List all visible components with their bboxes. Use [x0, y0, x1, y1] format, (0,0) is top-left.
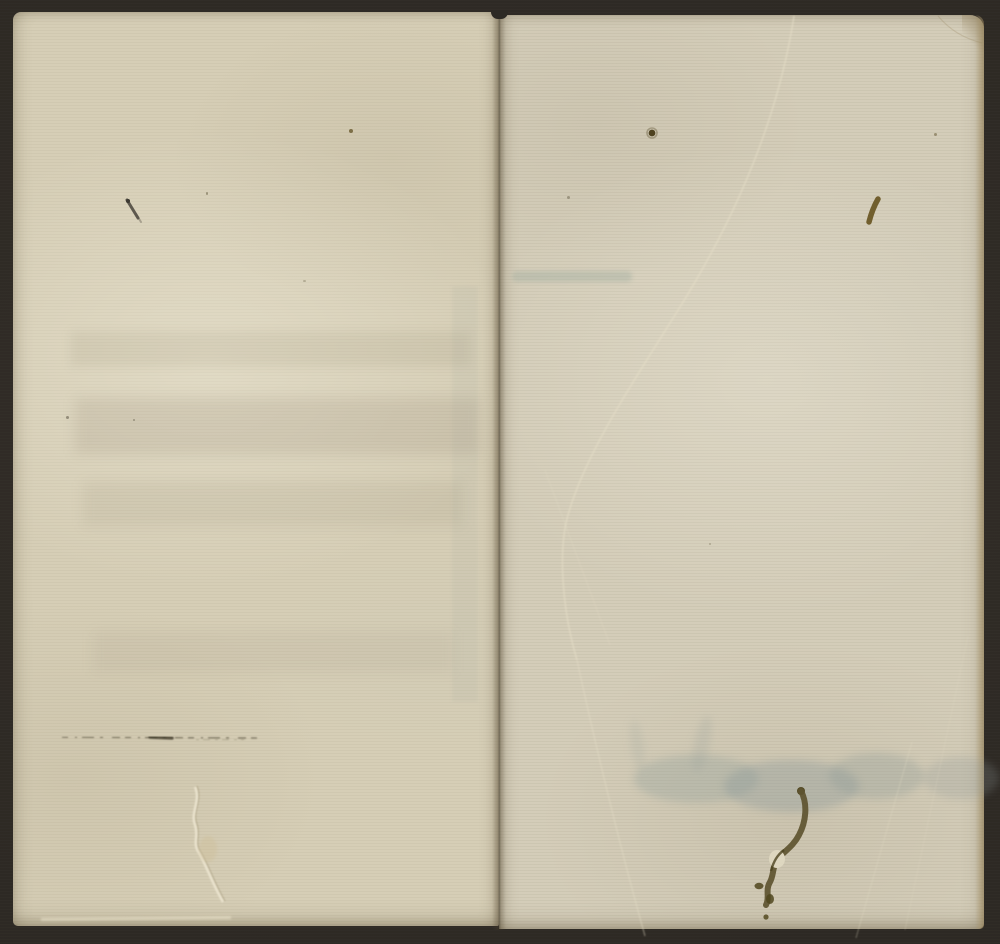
- paper-speck: [349, 129, 353, 133]
- left-page: [13, 12, 499, 926]
- left-page-bleedthrough-band: [75, 398, 480, 454]
- book-scan-photo: [0, 0, 1000, 944]
- left-page-bleedthrough-band: [83, 482, 463, 526]
- bottom-edge-curl: [41, 916, 231, 921]
- faint-blue-streak: [512, 271, 632, 282]
- dog-eared-corner: [962, 15, 984, 51]
- center-gutter-seam: [492, 12, 506, 930]
- left-page-bleedthrough-band: [71, 332, 471, 366]
- left-page-bleedthrough-band: [93, 632, 453, 672]
- right-page: [499, 15, 984, 929]
- paper-speck: [66, 416, 69, 419]
- paper-speck: [206, 192, 208, 195]
- paper-speck: [709, 543, 711, 545]
- paper-speck: [567, 196, 570, 199]
- paper-speck: [133, 419, 135, 421]
- blue-wash-smudge: [924, 757, 999, 799]
- paper-speck: [934, 133, 937, 136]
- blue-wash-streak: [627, 719, 647, 772]
- blue-wash-smudge: [829, 753, 924, 799]
- paper-speck: [303, 280, 306, 282]
